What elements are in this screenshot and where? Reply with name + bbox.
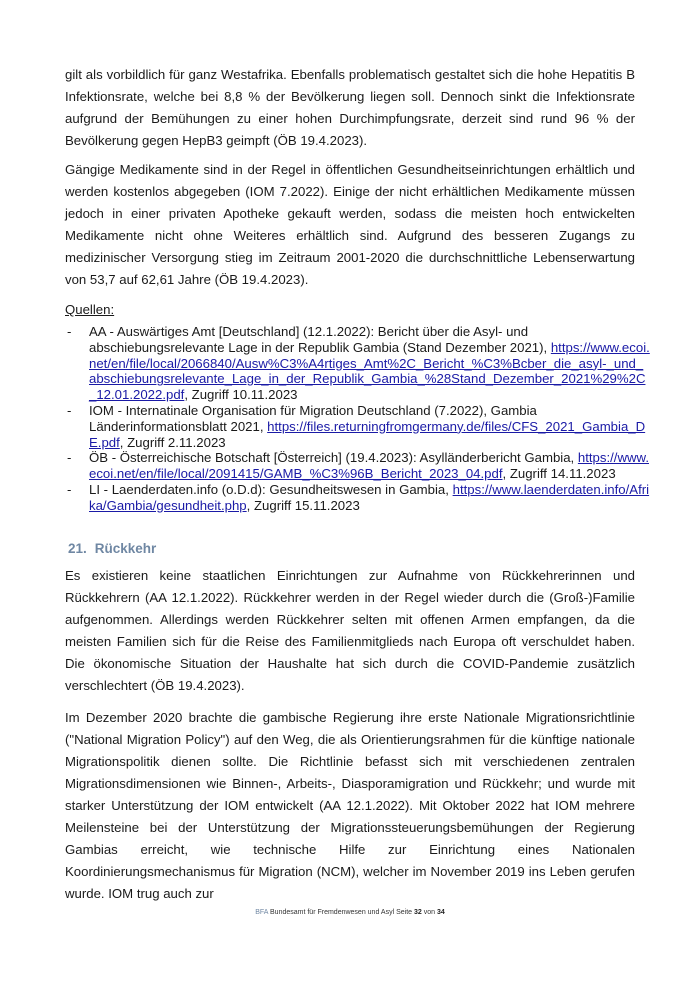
section-title: Rückkehr <box>95 541 157 556</box>
list-dash: - <box>67 403 71 419</box>
footer-of: von <box>422 909 437 916</box>
list-dash: - <box>67 324 71 340</box>
source-item: - ÖB - Österreichische Botschaft [Österr… <box>65 450 650 482</box>
source-item: - IOM - Internatinale Organisation für M… <box>65 403 650 450</box>
source-access-date: , Zugriff 15.11.2023 <box>247 498 360 513</box>
list-dash: - <box>67 450 71 466</box>
paragraph-migration-policy: Im Dezember 2020 brachte die gambische R… <box>65 707 635 905</box>
footer-org: Bundesamt für Fremdenwesen und Asyl Seit… <box>268 909 414 916</box>
source-access-date: , Zugriff 10.11.2023 <box>184 387 297 402</box>
footer-page-total: 34 <box>437 909 445 916</box>
document-page: gilt als vorbildlich für ganz Westafrika… <box>0 0 700 990</box>
paragraph-return-reception: Es existieren keine staatlichen Einricht… <box>65 565 635 697</box>
source-text: AA - Auswärtiges Amt [Deutschland] (12.1… <box>89 324 551 355</box>
source-access-date: , Zugriff 14.11.2023 <box>503 466 616 481</box>
section-number: 21. <box>68 541 87 556</box>
footer-page-number: 32 <box>414 909 422 916</box>
list-dash: - <box>67 482 71 498</box>
section-heading: 21.Rückkehr <box>68 541 156 556</box>
source-access-date: , Zugriff 2.11.2023 <box>120 435 226 450</box>
footer-brand: BFA <box>255 909 268 916</box>
page-footer: BFA Bundesamt für Fremdenwesen und Asyl … <box>0 909 700 916</box>
sources-label: Quellen: <box>65 301 114 319</box>
source-item: - AA - Auswärtiges Amt [Deutschland] (12… <box>65 324 650 403</box>
source-item: - LI - Laenderdaten.info (o.D.d): Gesund… <box>65 482 650 514</box>
source-text: ÖB - Österreichische Botschaft [Österrei… <box>89 450 578 465</box>
source-text: LI - Laenderdaten.info (o.D.d): Gesundhe… <box>89 482 453 497</box>
paragraph-medication: Gängige Medikamente sind in der Regel in… <box>65 159 635 291</box>
paragraph-hepatitis: gilt als vorbildlich für ganz Westafrika… <box>65 64 635 152</box>
sources-list: - AA - Auswärtiges Amt [Deutschland] (12… <box>65 324 650 514</box>
